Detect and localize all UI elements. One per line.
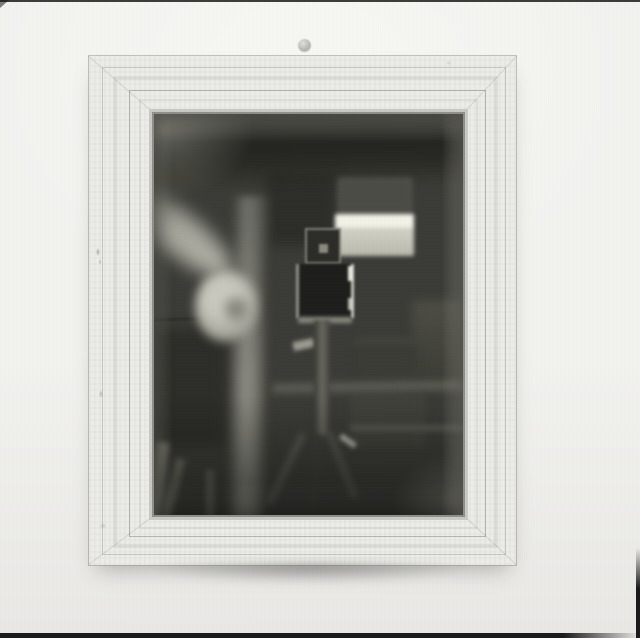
reflection-picture-frame — [338, 178, 412, 216]
print-edge-bottom — [0, 633, 640, 638]
print-edge-top — [0, 0, 640, 2]
reflection-camera-body — [296, 264, 354, 318]
reflection-shelf-box — [412, 300, 465, 392]
photograph — [0, 0, 640, 638]
reflection-photographer-hand — [195, 270, 257, 342]
reflection-bottom-shadow — [154, 395, 463, 515]
hanging-nail — [298, 39, 311, 52]
reflection-camera-viewfinder — [305, 228, 341, 264]
reflection-tripod-crank — [292, 338, 315, 351]
mirror-glass — [152, 112, 465, 517]
reflection-window-light — [335, 214, 414, 256]
frame-cast-shadow — [103, 563, 515, 591]
print-edge-right — [636, 548, 640, 638]
